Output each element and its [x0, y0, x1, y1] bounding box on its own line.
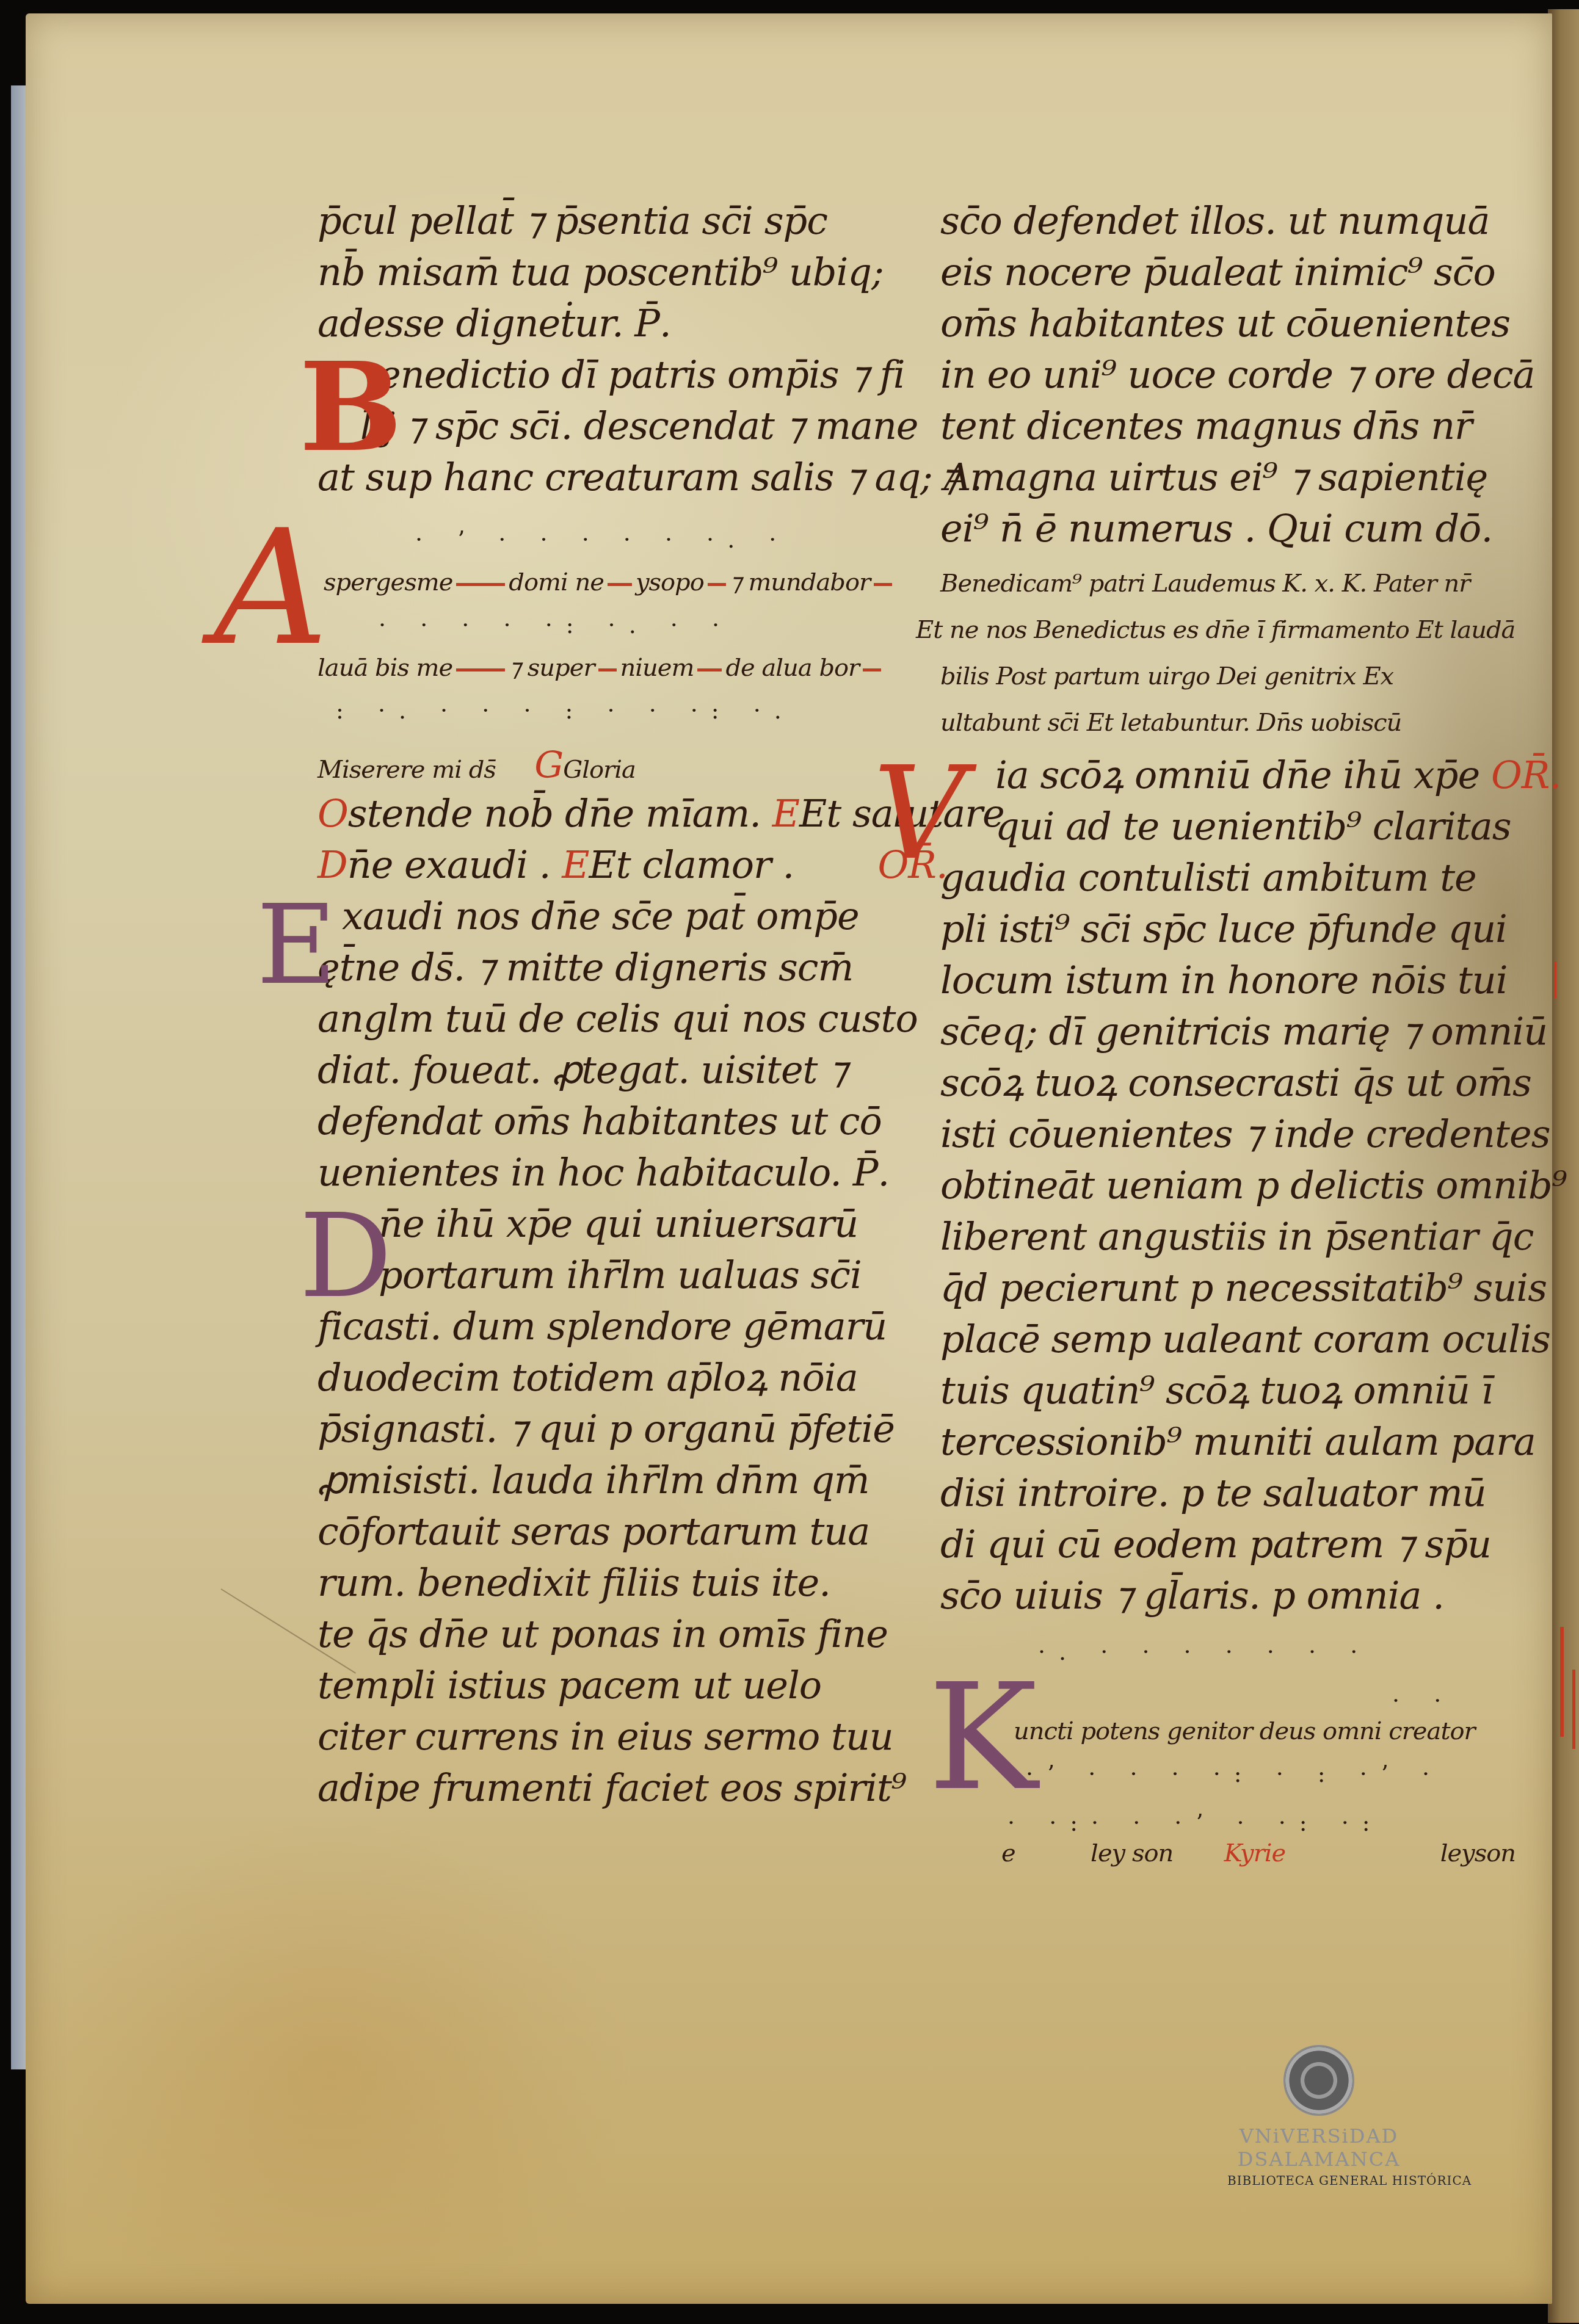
text-line: isti cōuenientes ⁊ inde credentes: [940, 1109, 1502, 1160]
rubric-dash: [708, 583, 726, 586]
neume-row: : ·. · · · : · · ·: ·.: [318, 686, 867, 735]
text-line: locum istum in honore nōis tui: [940, 955, 1502, 1006]
chant-word: lauā bis me: [318, 654, 452, 682]
neume-row: ·. · · · · · · ·: [940, 1627, 1502, 1676]
text-line: q̄d pecierunt p necessitatib⁹ suis: [940, 1262, 1502, 1314]
chant-text-line: e ley son Kyrie leyson: [940, 1835, 1502, 1872]
watermark-line-1: VNiVERSiDAD: [1227, 2124, 1410, 2148]
rubric-cue-line: Miserere mi ds̄ GGloria: [318, 747, 867, 788]
neume-row: · ·:· · ·ʼ · ·: ·:: [940, 1798, 1502, 1835]
chant-word: e: [1001, 1839, 1015, 1867]
cue-line: Et ne nos Benedictus es dn̄e ī firmament…: [916, 607, 1502, 653]
text-line: gaudia contulisti ambitum te: [940, 852, 1502, 903]
initial-d: D: [299, 1198, 392, 1314]
text-line: tuis quatin⁹ scōꝝ tuoꝝ omniū ī: [940, 1365, 1502, 1416]
text-line: cōfortauit seras portarum tua: [318, 1506, 867, 1557]
chant-word: de alua bor: [725, 654, 859, 682]
chant-word: spergesme: [324, 568, 452, 596]
text-line: sc̄eq; dī genitricis marię ⁊ omniū: [940, 1006, 1502, 1057]
rubric-mark: [1572, 1670, 1575, 1749]
exaudi-prayer: E xaudi nos dn̄e sc̄e pat̄ omp̄e ęt̄ne d…: [318, 891, 867, 1198]
asperges-chant: A · ʼ · · · · · ·. · spergesmedomi neyso…: [318, 515, 867, 735]
text-line: Dn̄e exaudi . EEt clamor . OR̄.: [318, 839, 867, 891]
text-line: tent dicentes magnus dn̄s nr̄: [940, 400, 1502, 452]
cue-miserere: Miserere mi ds̄: [318, 756, 496, 784]
initial-v: V: [873, 750, 966, 878]
text-line: duodecim totidem ap̄loꝝ nōia: [318, 1352, 867, 1403]
watermark-line-3: BIBLIOTECA GENERAL HISTÓRICA: [1227, 2173, 1410, 2188]
text-line: diat. foueat. ꝓtegat. uisitet ⁊: [318, 1044, 867, 1096]
university-seal-icon: [1283, 2045, 1354, 2116]
text-line: citer currens in eius sermo tuu: [318, 1711, 867, 1762]
rubric-dash: [863, 668, 881, 671]
text-line: disi introire. p te saluator mū: [940, 1468, 1502, 1519]
rubric-dash: [456, 583, 505, 586]
text-line: om̄s habitantes ut cōuenientes: [940, 298, 1502, 349]
chant-text-line: spergesmedomi neysopo⁊ mundabor: [318, 564, 867, 601]
text-line: templi istius pacem ut uelo: [318, 1660, 867, 1711]
text-line: ꝓmisisti. lauda ihr̄lm dn̄m qm̄: [318, 1455, 867, 1506]
text-line: portarum ihr̄lm ualuas sc̄i: [318, 1250, 867, 1301]
text-line: anglm tuū de celis qui nos custo: [318, 993, 867, 1044]
text-span: stende nob̄ dn̄e mīam.: [348, 791, 772, 836]
cue-line: bilis Post partum uirgo Dei genitrix Ex: [940, 653, 1502, 700]
rubric-dash: [598, 668, 617, 671]
chant-word-kyrie: Kyrie: [1224, 1839, 1286, 1867]
rubric-cue-block: Benedicam⁹ patri Laudemus K. x. K. Pater…: [940, 560, 1502, 746]
text-line: nb̄ misam̄ tua poscentib⁹ ubiq;: [318, 247, 867, 298]
text-line: xaudi nos dn̄e sc̄e pat̄ omp̄e: [318, 891, 867, 942]
cue-gloria: Gloria: [563, 756, 636, 784]
uia-prayer: V ia scōꝝ omniū dn̄e ihū xp̄e OR̄. qui a…: [940, 750, 1502, 1621]
chant-word: leyson: [1440, 1839, 1515, 1867]
text-line: eis nocere p̄ualeat inimic⁹ sc̄o: [940, 247, 1502, 298]
text-line: ei⁹ n̄ ē numerus . Qui cum dō.: [940, 503, 1502, 554]
text-line: pli isti⁹ sc̄i sp̄c luce p̄funde qui: [940, 903, 1502, 955]
text-line: liberent angustiis in p̄sentiar q̄c: [940, 1211, 1502, 1262]
text-span: ia scōꝝ omniū dn̄e ihū xp̄e: [995, 753, 1479, 797]
text-span: Et clamor .: [589, 842, 794, 887]
neume-row: ·ʼ · · · ·: · : ·ʼ ·: [940, 1750, 1502, 1798]
text-line: uenientes in hoc habitaculo. P̄.: [318, 1147, 867, 1198]
chant-word: ⁊ mundabor: [730, 568, 870, 596]
kyrie-chant: K ·. · · · · · · · · · uncti potens geni…: [940, 1627, 1502, 1872]
rubric-dash: [697, 668, 722, 671]
text-line: scōꝝ tuoꝝ consecrasti q̄s ut om̄s: [940, 1057, 1502, 1109]
text-line: defendat om̄s habitantes ut cō: [318, 1096, 867, 1147]
chant-word: ysopo: [636, 568, 704, 596]
rubric-dash: [874, 583, 892, 586]
text-line: Ostende nob̄ dn̄e mīam. EEt salutare: [318, 788, 867, 839]
domine-prayer: D n̄e ihū xp̄e qui uniuersarū portarum i…: [318, 1198, 867, 1814]
initial-g: G: [534, 744, 563, 787]
text-line: rum. benedixit filiis tuis ite.: [318, 1557, 867, 1609]
text-line: tercessionib⁹ muniti aulam para: [940, 1416, 1502, 1468]
text-line: placē semp ualeant coram oculis: [940, 1314, 1502, 1365]
cue-line: ultabunt sc̄i Et letabuntur. Dn̄s uobisc…: [940, 700, 1502, 746]
chant-word: domi ne: [509, 568, 604, 596]
text-span: n̄e exaudi .: [347, 842, 562, 887]
text-line: ęt̄ne ds̄. ⁊ mitte digneris scm̄: [318, 942, 867, 993]
text-line: qui ad te uenientib⁹ claritas: [940, 801, 1502, 852]
neume-row: · ·: [940, 1676, 1502, 1713]
chant-word: ⁊ super: [509, 654, 594, 682]
text-line: ⁊ magna uirtus ei⁹ ⁊ sapientię: [940, 452, 1502, 503]
chant-word: ley son: [1091, 1839, 1173, 1867]
rubric-mark: [1560, 1627, 1564, 1737]
oratio-rubric: OR̄.: [1491, 753, 1561, 797]
initial-a: A: [214, 509, 329, 668]
text-line: p̄signasti. ⁊ qui p organū p̄fetiē: [318, 1403, 867, 1455]
rubric-initial-o: O: [318, 791, 348, 836]
initial-e: E: [256, 891, 336, 1001]
rubric-dash: [608, 583, 632, 586]
text-line: te q̄s dn̄e ut ponas in omīs fine: [318, 1609, 867, 1660]
right-column: sc̄o defendet illos. ut numquā eis nocer…: [940, 195, 1502, 1872]
left-column: p̄cul pellat̄ ⁊ p̄sentia sc̄i sp̄c nb̄ m…: [318, 195, 867, 1814]
chant-text-line: lauā bis me⁊ superniuemde alua bor: [318, 650, 867, 686]
text-line: ficasti. dum splendore gēmarū: [318, 1301, 867, 1352]
cue-line: Benedicam⁹ patri Laudemus K. x. K. Pater…: [940, 560, 1502, 607]
text-line: adipe frumenti faciet eos spirit⁹: [318, 1762, 867, 1814]
watermark-line-2: DSALAMANCA: [1227, 2148, 1410, 2171]
rubric-mark: [1554, 961, 1556, 998]
initial-b: B: [299, 347, 402, 469]
text-line: obtineāt ueniam p delictis omnib⁹: [940, 1160, 1502, 1211]
university-watermark: VNiVERSiDAD DSALAMANCA BIBLIOTECA GENERA…: [1227, 2045, 1410, 2188]
text-line: n̄e ihū xp̄e qui uniuersarū: [318, 1198, 867, 1250]
text-line: di qui cū eodem patrem ⁊ sp̄u: [940, 1519, 1502, 1570]
text-line: sc̄o uiuis ⁊ gl̄aris. p omnia .: [940, 1570, 1502, 1621]
text-line: sc̄o defendet illos. ut numquā: [940, 195, 1502, 247]
text-line: in eo uni⁹ uoce corde ⁊ ore decā: [940, 349, 1502, 400]
rubric-initial-d: D: [318, 842, 347, 887]
text-line: ia scōꝝ omniū dn̄e ihū xp̄e OR̄.: [940, 750, 1502, 801]
neume-row: · ʼ · · · · · ·. ·: [318, 515, 867, 564]
neume-row: · · · · ·: ·. · ·: [318, 601, 867, 650]
rubric-dash: [456, 668, 505, 671]
text-line: p̄cul pellat̄ ⁊ p̄sentia sc̄i sp̄c: [318, 195, 867, 247]
chant-word: niuem: [620, 654, 694, 682]
